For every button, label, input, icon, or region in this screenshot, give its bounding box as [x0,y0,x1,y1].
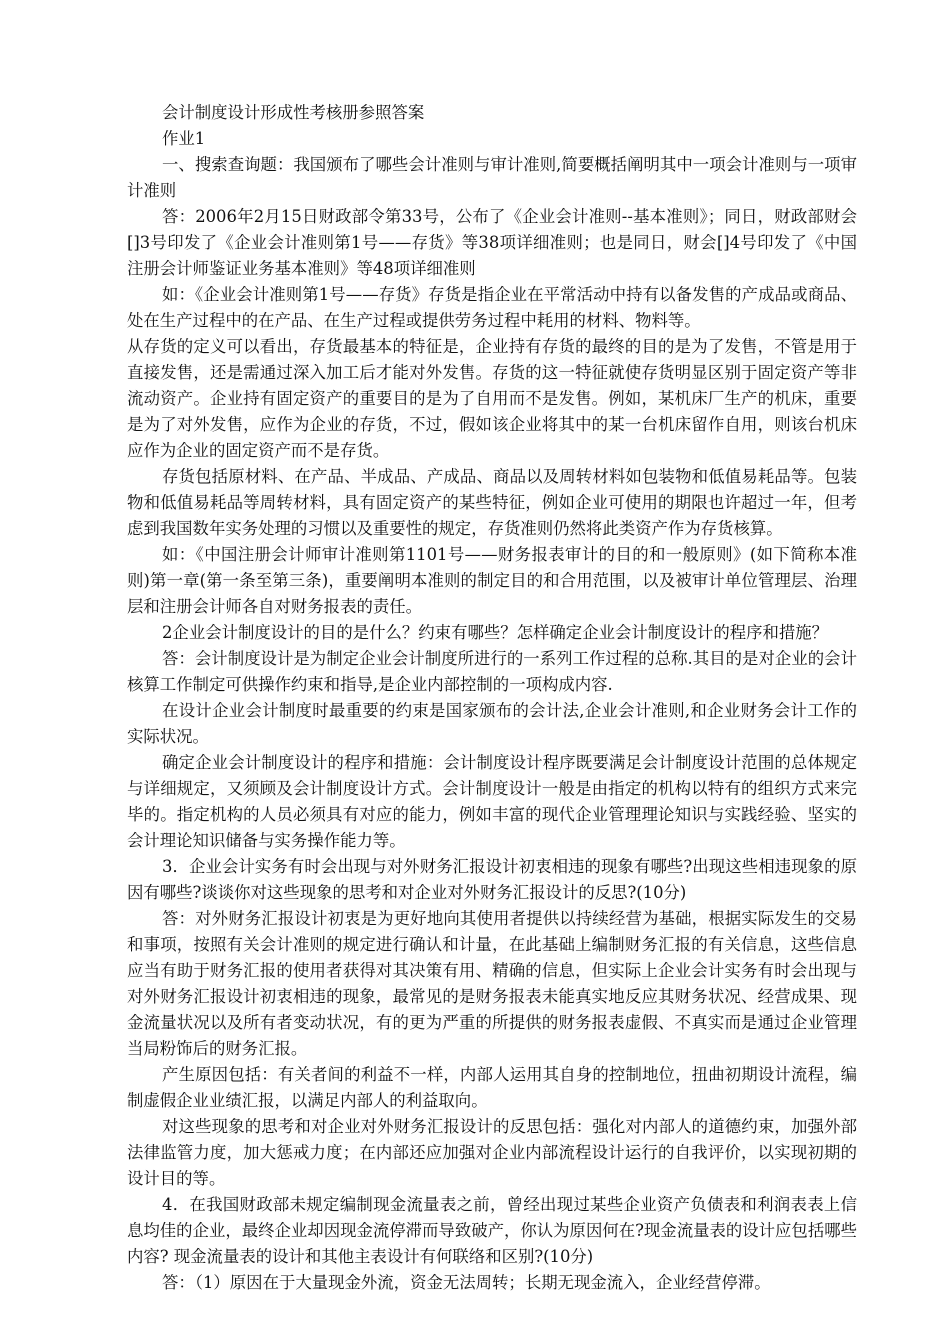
answer-4-part-1: 答：（1）原因在于大量现金外流，资金无法周转；长期无现金流入，企业经营停滞。 [127,1270,857,1296]
answer-2-purpose: 答：会计制度设计是为制定企业会计制度所进行的一系列工作过程的总称.其目的是对企业… [127,646,857,698]
answer-3-causes: 产生原因包括：有关者间的利益不一样，内部人运用其自身的控制地位，扭曲初期设计流程… [127,1062,857,1114]
answer-3-phenomena: 答：对外财务汇报设计初衷是为更好地向其使用者提供以持续经营为基础，根据实际发生的… [127,906,857,1062]
question-4: 4．在我国财政部未规定编制现金流量表之前，曾经出现过某些企业资产负债表和利润表表… [127,1192,857,1270]
document-title: 会计制度设计形成性考核册参照答案 [127,100,857,126]
answer-1-standards: 答：2006年2月15日财政部令第33号，公布了《企业会计准则--基本准则》；同… [127,204,857,282]
document-page: 会计制度设计形成性考核册参照答案 作业1 一、搜索查询题：我国颁布了哪些会计准则… [127,100,857,1296]
answer-1-inventory-definition: 从存货的定义可以看出，存货最基本的特征是，企业持有存货的最终的目的是为了发售，不… [127,334,857,464]
assignment-heading: 作业1 [127,126,857,152]
question-2: 2企业会计制度设计的目的是什么？约束有哪些？怎样确定企业会计制度设计的程序和措施… [127,620,857,646]
answer-2-constraints: 在设计企业会计制度时最重要的约束是国家颁布的会计法,企业会计准则,和企业财务会计… [127,698,857,750]
answer-1-inventory-example: 如：《企业会计准则第1号——存货》存货是指企业在平常活动中持有以备发售的产成品或… [127,282,857,334]
answer-1-audit-example: 如：《中国注册会计师审计准则第1101号——财务报表审计的目的和一般原则》(如下… [127,542,857,620]
answer-3-reflection: 对这些现象的思考和对企业对外财务汇报设计的反思包括：强化对内部人的道德约束，加强… [127,1114,857,1192]
question-3: 3．企业会计实务有时会出现与对外财务汇报设计初衷相违的现象有哪些?出现这些相违现… [127,854,857,906]
question-1: 一、搜索查询题：我国颁布了哪些会计准则与审计准则,简要概括阐明其中一项会计准则与… [127,152,857,204]
answer-1-inventory-scope: 存货包括原材料、在产品、半成品、产成品、商品以及周转材料如包装物和低值易耗品等。… [127,464,857,542]
answer-2-procedures: 确定企业会计制度设计的程序和措施：会计制度设计程序既要满足会计制度设计范围的总体… [127,750,857,854]
